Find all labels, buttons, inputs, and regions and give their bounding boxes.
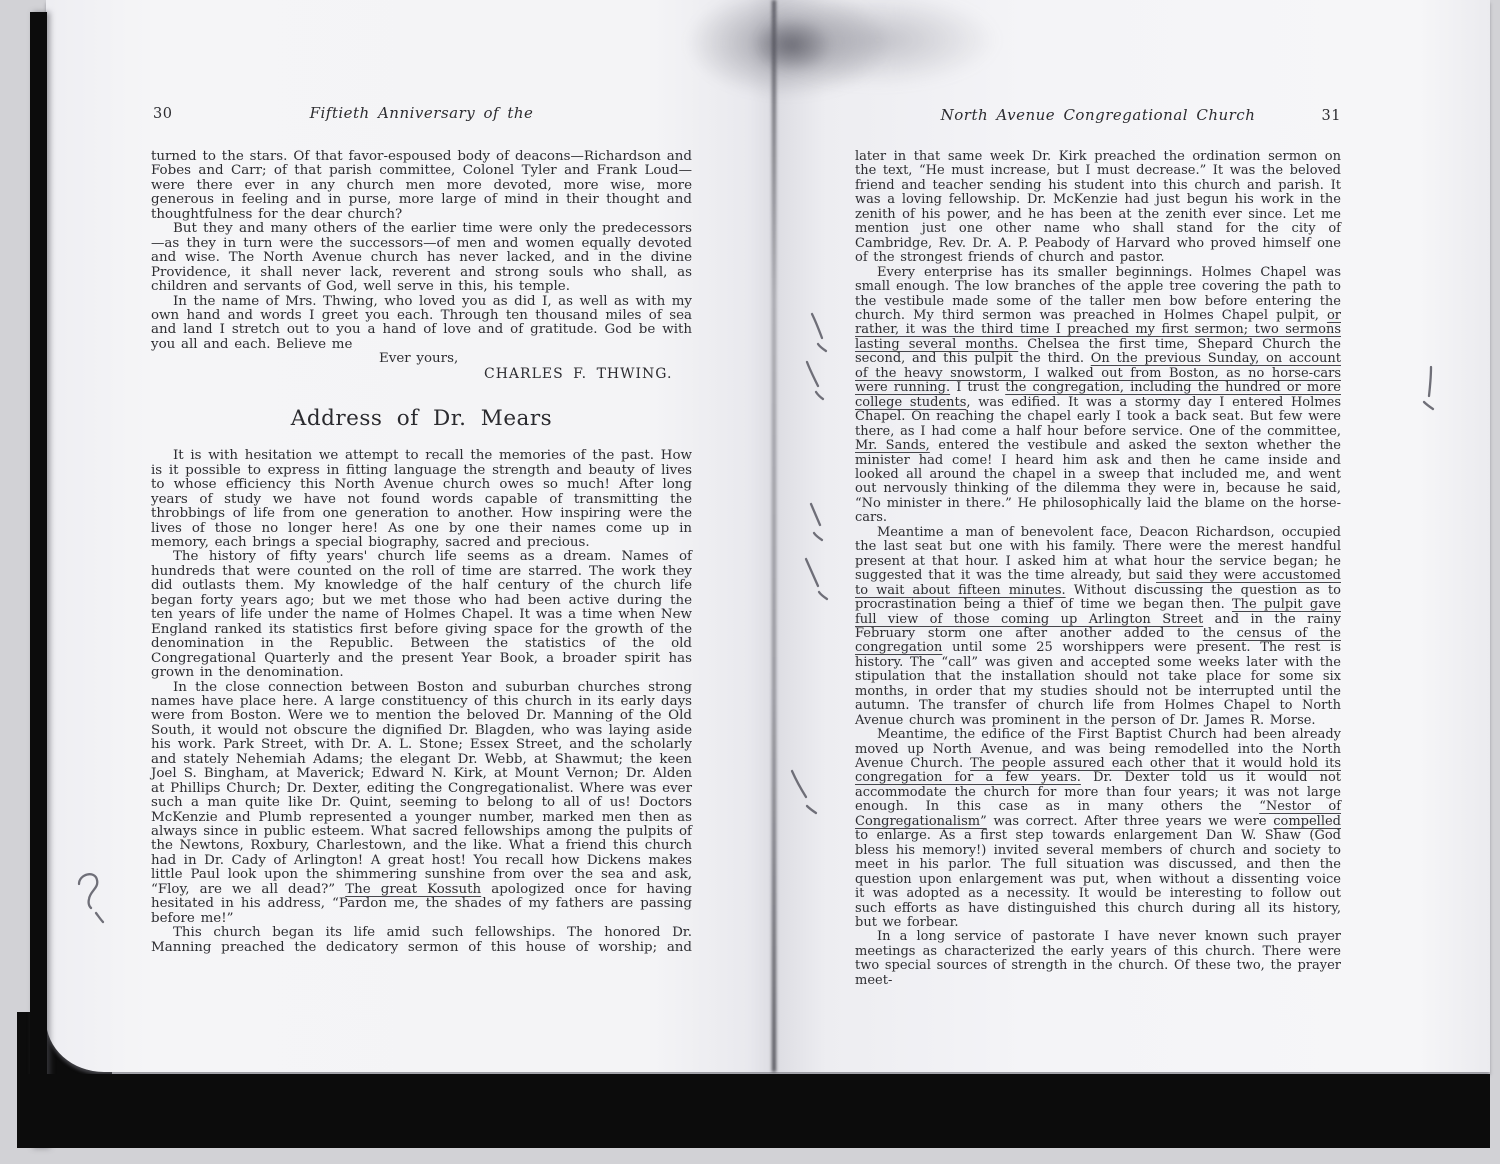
paragraph: Meantime, the edifice of the First Bapti… [855, 728, 1341, 930]
text-run: I trust [950, 380, 1005, 395]
text-run: Every enterprise has its smaller beginni… [855, 265, 1341, 323]
paragraph: Every enterprise has its smaller beginni… [855, 266, 1341, 526]
paragraph: The history of fifty years' church life … [151, 550, 692, 680]
signature: CHARLES F. THWING. [484, 367, 692, 381]
underlined-phrase: compelled [1273, 814, 1341, 829]
text-run: The history of fifty years' church life … [151, 549, 692, 680]
text-run: was correct. After three years we were [987, 814, 1273, 829]
left-page-number: 30 [153, 106, 172, 122]
scanned-book-spread: { "scan": { "paper_color": "#f4f4f6", "i… [0, 0, 1500, 1164]
paragraph: later in that same week Dr. Kirk preache… [855, 150, 1341, 266]
gutter-crease [772, 0, 776, 1072]
left-page: 30 Fiftieth Anniversary of the turned to… [151, 104, 692, 955]
text-run: In the name of Mrs. Thwing, who loved yo… [151, 294, 692, 352]
paragraph: But they and many others of the earlier … [151, 222, 692, 294]
text-run: turned to the stars. Of that favor-espou… [151, 149, 692, 222]
paragraph: turned to the stars. Of that favor-espou… [151, 150, 692, 222]
text-run: It is with hesitation we attempt to reca… [151, 448, 692, 550]
right-running-title: North Avenue Congregational Church [855, 106, 1341, 124]
scanner-bed-left-strip [30, 12, 47, 1148]
left-running-title: Fiftieth Anniversary of the [151, 104, 692, 122]
underlined-phrase: The great Kossuth [345, 882, 481, 897]
paragraph: In a long service of pastorate I have ne… [855, 930, 1341, 988]
text-run: In the close connection between Boston a… [151, 680, 692, 897]
left-page-body: turned to the stars. Of that favor-espou… [151, 150, 692, 955]
text-run: In a long service of pastorate I have ne… [855, 929, 1341, 987]
paragraph: This church began its life amid such fel… [151, 926, 692, 955]
paragraph: Meantime a man of benevolent face, Deaco… [855, 526, 1341, 728]
underlined-phrase: Mr. Sands, [855, 438, 930, 453]
scanner-bed-bottom-strip [17, 1074, 1490, 1148]
paragraph: In the close connection between Boston a… [151, 681, 692, 927]
right-page-body: later in that same week Dr. Kirk preache… [855, 150, 1341, 988]
text-run: But they and many others of the earlier … [151, 221, 692, 294]
right-page-header: 31 North Avenue Congregational Church [855, 106, 1341, 128]
text-run: later in that same week Dr. Kirk preache… [855, 149, 1341, 265]
section-heading: Address of Dr. Mears [151, 406, 692, 432]
valediction: Ever yours, [379, 352, 692, 366]
paragraph: In the name of Mrs. Thwing, who loved yo… [151, 295, 692, 353]
right-page-number: 31 [1322, 108, 1341, 124]
paragraph: It is with hesitation we attempt to reca… [151, 449, 692, 550]
text-run: This church began its life amid such fel… [151, 925, 692, 954]
left-page-header: 30 Fiftieth Anniversary of the [151, 104, 692, 126]
text-run: to enlarge. As a first step towards enla… [855, 828, 1341, 930]
right-page: 31 North Avenue Congregational Church la… [855, 106, 1341, 988]
